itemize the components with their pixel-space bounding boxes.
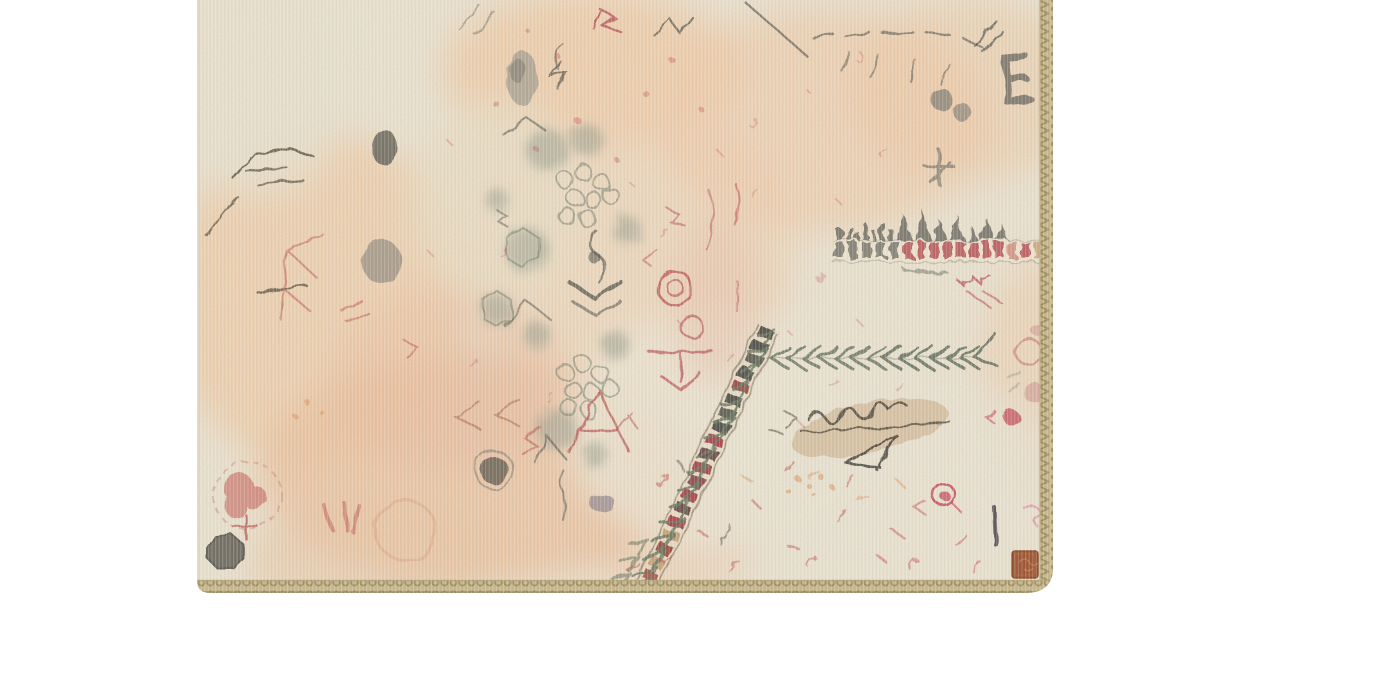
rug-svg [197,0,1053,593]
rug-photo [197,0,1053,593]
product-photo [0,0,1400,685]
fabric-grain [197,0,1053,593]
